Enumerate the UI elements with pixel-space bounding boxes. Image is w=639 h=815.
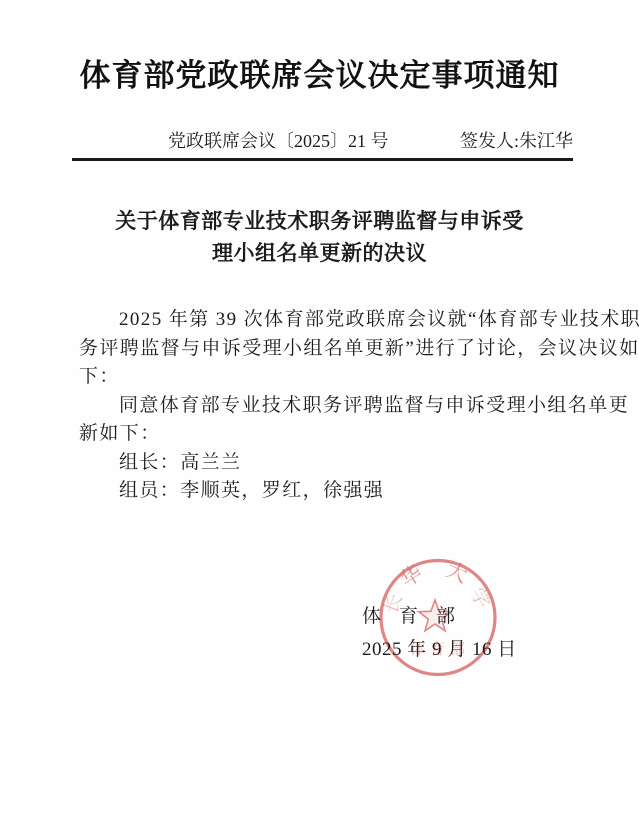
document-page: 体育部党政联席会议决定事项通知 党政联席会议〔2025〕21 号 签发人:朱江华… xyxy=(0,0,639,815)
roster-leader-line: 组长：高兰兰 xyxy=(79,449,573,478)
signature-department: 体育部 xyxy=(362,601,473,628)
body-line: 下： xyxy=(79,363,573,392)
body-line: 同意体育部专业技术职务评聘监督与申诉受理小组名单更 xyxy=(79,392,573,421)
signer-name: 签发人:朱江华 xyxy=(460,127,573,153)
document-title: 体育部党政联席会议决定事项通知 xyxy=(0,50,639,95)
document-number: 党政联席会议〔2025〕21 号 xyxy=(168,127,389,153)
subject-heading: 关于体育部专业技术职务评聘监督与申诉受 理小组名单更新的决议 xyxy=(0,206,639,269)
header-divider-rule xyxy=(72,158,573,161)
signature-date: 2025 年 9 月 16 日 xyxy=(362,634,517,661)
body-text: 2025 年第 39 次体育部党政联席会议就“体育部专业技术职 务评聘监督与申诉… xyxy=(79,306,573,506)
body-line: 务评聘监督与申诉受理小组名单更新”进行了讨论，会议决议如 xyxy=(79,335,573,364)
subject-line-1: 关于体育部专业技术职务评聘监督与申诉受 xyxy=(0,206,639,238)
seal-arc-char-2: 大 xyxy=(442,557,471,587)
body-line: 2025 年第 39 次体育部党政联席会议就“体育部专业技术职 xyxy=(79,306,573,335)
body-line: 新如下： xyxy=(79,420,573,449)
seal-arc-char-1: 华 xyxy=(396,560,427,592)
document-number-row: 党政联席会议〔2025〕21 号 签发人:朱江华 xyxy=(72,127,573,153)
roster-members-line: 组员：李顺英，罗红，徐强强 xyxy=(79,477,573,506)
subject-line-2: 理小组名单更新的决议 xyxy=(0,238,639,270)
